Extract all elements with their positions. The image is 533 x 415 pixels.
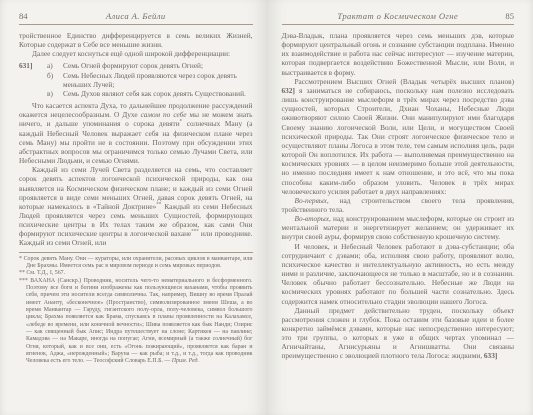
running-header-left: 84 Алиса А. Бейли: [19, 11, 253, 25]
list-item-label: в): [47, 89, 53, 98]
text-run: Далее следует коснуться ещё одной широко…: [32, 49, 230, 58]
running-title-right: Трактат о Космическом Огне: [316, 11, 481, 22]
text-run: Рассмотрением Высших Огней (Владык четыр…: [295, 77, 515, 86]
paragraph: Во-вторых, над конструированием мыслефор…: [282, 214, 515, 241]
text-run: Дэва-Владык, плана проявляется через сем…: [282, 31, 515, 77]
paragraph: И человек, и Небесный Человек работают в…: [282, 242, 515, 306]
text-run: самом по себе: [141, 110, 187, 119]
text-run: Прим. Ред.: [172, 358, 199, 364]
text-run: Данный предмет действительно труден, пос…: [282, 306, 515, 361]
paragraph: тройственное Единство дифференцируется в…: [19, 31, 253, 49]
text-run: я заниматься не собираюсь, поскольку нам…: [282, 86, 515, 196]
paragraph: Что касается аспекта Духа, то дальнейшее…: [19, 101, 253, 165]
page-marker: 631]: [19, 61, 32, 70]
text-run: ** См. Т.Д., I, 567.: [19, 270, 65, 276]
page-left: 84 Алиса А. Бейли тройственное Единство …: [0, 0, 267, 415]
text-run: И человек, и Небесный Человек работают в…: [282, 242, 515, 306]
text-run: *** ВАХАНА (Санскр.) Проводник, носитель…: [19, 278, 253, 365]
running-title-left: Алиса А. Бейли: [53, 11, 219, 22]
paragraph: Каждый из семи Лучей Света разделяется н…: [19, 165, 253, 247]
lettered-list: 631]а)Семь Огней формируют сорок девять …: [19, 61, 253, 98]
footnote: ** См. Т.Д., I, 567.: [19, 270, 253, 277]
list-item-label: б): [47, 71, 53, 80]
text-run: Во-первых: [295, 196, 327, 205]
paragraph: Данный предмет действительно труден, пос…: [282, 306, 515, 361]
page-marker: 633]: [484, 351, 497, 360]
page-right: Трактат о Космическом Огне 85 Дэва-Влады…: [267, 0, 533, 415]
footnote: *** ВАХАНА (Санскр.) Проводник, носитель…: [19, 278, 253, 366]
page-marker: 632]: [282, 86, 295, 95]
list-item: б)Семь Небесных Людей проявляются через …: [19, 71, 253, 89]
text-run: Семь Небесных Людей проявляются через со…: [63, 71, 237, 89]
text-run: ***: [191, 230, 198, 235]
body-text-left: тройственное Единство дифференцируется в…: [19, 31, 253, 248]
footnote-rule: [19, 252, 253, 253]
footnote: * Сорок девять Ману. Они — кураторы, или…: [19, 256, 253, 271]
paragraph: Дэва-Владык, плана проявляется через сем…: [282, 31, 515, 77]
text-run: Семь Духов являют себя как сорок девять …: [63, 89, 246, 98]
text-run: тройственное Единство дифференцируется в…: [19, 31, 253, 49]
list-item: 631]а)Семь Огней формируют сорок девять …: [19, 61, 253, 70]
running-header-right: Трактат о Космическом Огне 85: [282, 11, 515, 25]
list-item: в)Семь Духов являют себя как сорок девят…: [19, 89, 253, 98]
text-run: Семь Огней формируют сорок девять Огней;: [63, 61, 203, 70]
footnotes-left: * Сорок девять Ману. Они — кураторы, или…: [19, 256, 253, 366]
body-text-right: Дэва-Владык, плана проявляется через сем…: [282, 31, 515, 361]
text-run: * Сорок девять Ману. Они — кураторы, или…: [19, 256, 253, 269]
paragraph: Во-первых, над строительством своего тел…: [282, 196, 515, 214]
text-run: Во-вторых: [295, 214, 329, 223]
book-spread: 84 Алиса А. Бейли тройственное Единство …: [0, 0, 533, 415]
list-item-label: а): [47, 61, 53, 70]
paragraph: Рассмотрением Высших Огней (Владык четыр…: [282, 77, 515, 196]
paragraph: Далее следует коснуться ещё одной широко…: [19, 49, 253, 58]
page-number-right: 85: [480, 11, 514, 22]
page-number-left: 84: [19, 11, 53, 22]
